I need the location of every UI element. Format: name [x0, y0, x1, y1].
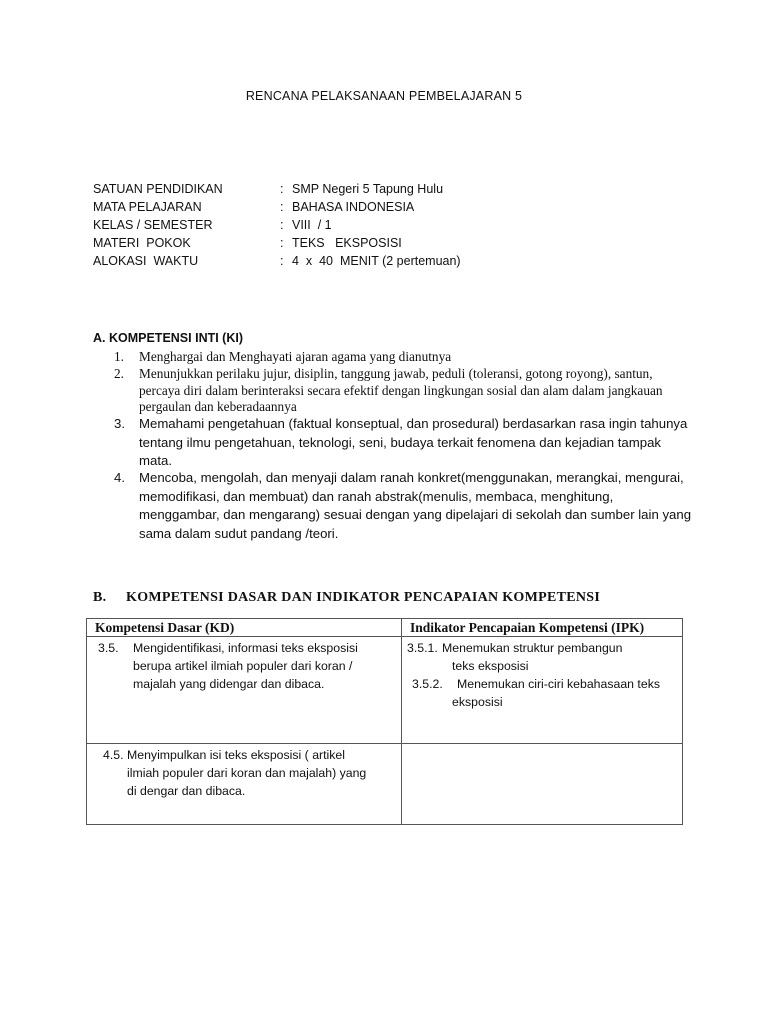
section-b-title: KOMPETENSI DASAR DAN INDIKATOR PENCAPAIA… — [126, 590, 600, 605]
identity-value: SMP Negeri 5 Tapung Hulu — [292, 180, 592, 198]
table-row: 4.5. Menyimpulkan isi teks eksposisi ( a… — [87, 744, 683, 825]
identity-label: SATUAN PENDIDIKAN — [93, 180, 273, 198]
identity-value: VIII / 1 — [292, 216, 592, 234]
ipk-number: 3.5.2. — [412, 675, 443, 693]
section-b-letter: B. — [93, 590, 126, 606]
kd-cell: 4.5. Menyimpulkan isi teks eksposisi ( a… — [87, 744, 402, 825]
ki-number: 3. — [114, 415, 134, 434]
ipk-text: Menemukan struktur pembangun teks ekspos… — [407, 639, 674, 675]
ki-text: Menunjukkan perilaku jujur, disiplin, ta… — [139, 366, 679, 416]
ki-text: Menghargai dan Menghayati ajaran agama y… — [139, 349, 699, 366]
kd-text: Mengidentifikasi, informasi teks eksposi… — [98, 639, 393, 693]
identity-label: KELAS / SEMESTER — [93, 216, 273, 234]
ipk-cell: 3.5.1. Menemukan struktur pembangun teks… — [402, 637, 683, 744]
table-row: 3.5. Mengidentifikasi, informasi teks ek… — [87, 637, 683, 744]
identity-colon: : — [280, 252, 283, 270]
kd-ipk-table: Kompetensi Dasar (KD) Indikator Pencapai… — [86, 618, 683, 825]
ipk-number: 3.5.1. — [407, 639, 438, 657]
kd-number: 3.5. — [98, 639, 119, 657]
identity-label: MATA PELAJARAN — [93, 198, 273, 216]
identity-value: 4 x 40 MENIT (2 pertemuan) — [292, 252, 592, 270]
kd-cell: 3.5. Mengidentifikasi, informasi teks ek… — [87, 637, 402, 744]
ki-number: 1. — [114, 349, 134, 366]
ki-text: Memahami pengetahuan (faktual konseptual… — [139, 415, 694, 471]
identity-value: TEKS EKSPOSISI — [292, 234, 592, 252]
identity-colon: : — [280, 198, 283, 216]
identity-label: MATERI POKOK — [93, 234, 273, 252]
identity-value: BAHASA INDONESIA — [292, 198, 592, 216]
header-ipk: Indikator Pencapaian Kompetensi (IPK) — [402, 619, 683, 637]
document-title: RENCANA PELAKSANAAN PEMBELAJARAN 5 — [0, 89, 768, 103]
section-b-heading: B.KOMPETENSI DASAR DAN INDIKATOR PENCAPA… — [93, 590, 600, 606]
ki-number: 4. — [114, 469, 134, 488]
identity-colon: : — [280, 216, 283, 234]
identity-colon: : — [280, 180, 283, 198]
kd-number: 4.5. — [103, 746, 124, 764]
kd-text: Menyimpulkan isi teks eksposisi ( artike… — [103, 746, 393, 800]
ki-text: Mencoba, mengolah, dan menyaji dalam ran… — [139, 469, 694, 543]
identity-label: ALOKASI WAKTU — [93, 252, 273, 270]
ipk-item: 3.5.2. Menemukan ciri-ciri kebahasaan te… — [407, 675, 674, 711]
identity-colon: : — [280, 234, 283, 252]
ipk-text: Menemukan ciri-ciri kebahasaan teks eksp… — [412, 675, 674, 711]
table-header-row: Kompetensi Dasar (KD) Indikator Pencapai… — [87, 619, 683, 637]
ki-number: 2. — [114, 366, 134, 383]
ipk-cell-empty — [402, 744, 683, 825]
section-a-heading: A. KOMPETENSI INTI (KI) — [93, 331, 243, 345]
ipk-item: 3.5.1. Menemukan struktur pembangun teks… — [407, 639, 674, 675]
header-kd: Kompetensi Dasar (KD) — [87, 619, 402, 637]
